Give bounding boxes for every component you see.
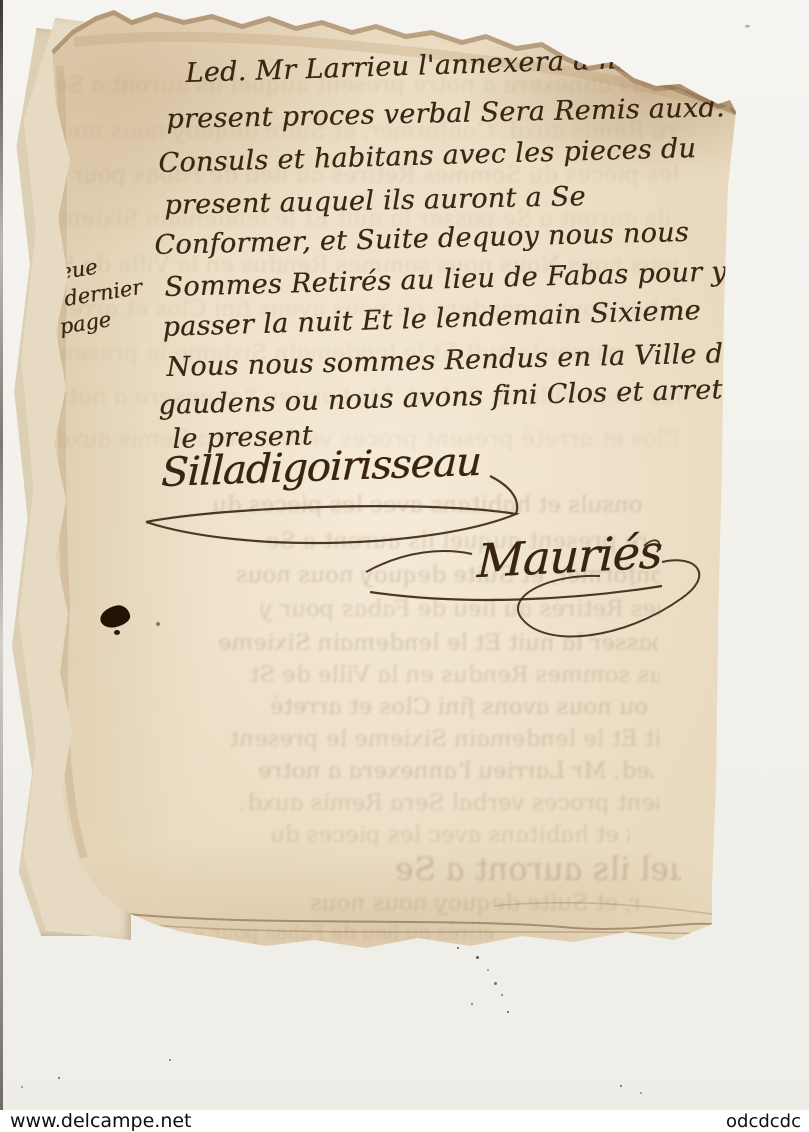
speckle xyxy=(501,994,503,996)
speckle xyxy=(476,956,479,959)
manuscript-line: Led. Mr Larrieu l'annexera a notre xyxy=(185,43,674,89)
speckle xyxy=(620,1085,622,1087)
ink-blot xyxy=(98,603,132,630)
speckle xyxy=(494,982,497,985)
scanned-document: Led. Mr Larrieu l'annexera a notre prese… xyxy=(0,0,809,1132)
signature-mauries: Mauriés xyxy=(476,524,662,588)
manuscript-page: Led. Mr Larrieu l'annexera a notre prese… xyxy=(14,6,738,952)
ink-blot-dot xyxy=(156,622,160,626)
manuscript-text: Led. Mr Larrieu l'annexera a notre prese… xyxy=(14,6,738,952)
corner-mark: ″ xyxy=(743,22,751,41)
ink-blot-dot xyxy=(114,630,120,635)
manuscript-line: passer la nuit Et le lendemain Sixieme xyxy=(162,295,701,343)
speckle xyxy=(507,1011,509,1013)
manuscript-line: Consuls et habitans avec les pieces du xyxy=(158,133,696,179)
speckle xyxy=(457,947,459,949)
scanner-edge-shadow xyxy=(0,0,3,1112)
speckle xyxy=(471,1003,473,1005)
speckle xyxy=(640,1092,642,1094)
watermark-bar: www.delcampe.net odcdcdc xyxy=(0,1110,809,1132)
manuscript-line: Conformer, et Suite dequoy nous nous xyxy=(154,217,689,261)
signature-silladigoirisseau: Silladigoirisseau xyxy=(160,439,481,496)
manuscript-line: present proces verbal Sera Remis auxd. xyxy=(166,92,725,135)
watermark-code: odcdcdc xyxy=(726,1111,801,1132)
speckle xyxy=(58,1077,60,1079)
manuscript-line: present auquel ils auront a Se xyxy=(164,181,586,221)
watermark-site: www.delcampe.net xyxy=(10,1110,192,1132)
speckle xyxy=(487,969,489,971)
speckle xyxy=(169,1059,171,1061)
speckle xyxy=(21,1086,23,1088)
